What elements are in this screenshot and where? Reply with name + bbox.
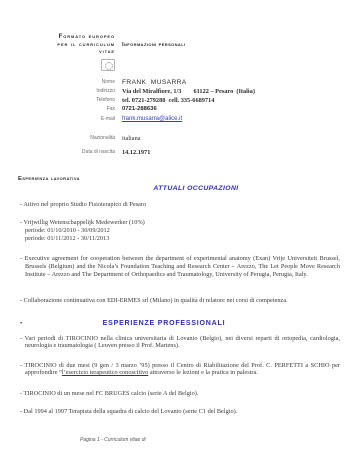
- paragraph-terapista-lovanio: - Dal 1994 al 1997 Terapista della squad…: [20, 408, 340, 416]
- cv-page: Formato europeo per il curriculum vitae …: [0, 0, 360, 466]
- photo-placeholder-circle: [105, 62, 113, 70]
- value-indirizzo-street: Via del Miralfiore, 1/3: [122, 87, 181, 96]
- email-link[interactable]: frank.musarra@alice.it: [122, 115, 340, 124]
- photo-row: [18, 58, 340, 76]
- value-nazionalita: italiana: [122, 134, 340, 143]
- paragraph-executive-agreement: - Executive agreement for cooperation be…: [20, 255, 340, 278]
- paragraph-collaborazione-edi-ermes: - Collaborazione continuativa con EDI-ER…: [20, 297, 340, 305]
- value-telefono: tel. 0721-279288 cell. 335-6689714: [122, 96, 340, 105]
- value-data-di-nascita: 14.12.1971: [122, 148, 340, 157]
- paragraph-tirocinio-bruges: - TIROCINIO di un mese nel FC BRUGES cal…: [20, 390, 340, 398]
- vrijwillig-line1: - Vrijwillig Wetenschappelijk Medewerker…: [20, 219, 145, 226]
- underlined-term: l’esercizio terapeutico conoscitivo: [62, 369, 148, 376]
- bullet-icon: •: [20, 320, 22, 327]
- footer-page-label: Pagina 1 - Curriculum vitae di: [80, 437, 340, 443]
- doc-title-line3: vitae: [18, 48, 115, 56]
- label-data-di-nascita: Data di nascita: [18, 148, 115, 157]
- doc-title: Formato europeo per il curriculum vitae: [18, 33, 115, 56]
- value-indirizzo: Via del Miralfiore, 1/3 61122 – Pesaro (…: [122, 87, 340, 96]
- paragraph-vrijwillig-medewerker: - Vrijwillig Wetenschappelijk Medewerker…: [20, 219, 340, 242]
- section-heading-esperienza-lavorativa: Esperienza lavorativa: [18, 176, 340, 183]
- photo-placeholder-icon: [101, 59, 115, 71]
- paragraph-tirocinio-schio: - TIROCINIO di due mesi (9 gen / 3 marzo…: [20, 362, 340, 378]
- section-heading-informazioni-personali: Informazioni personali: [122, 42, 340, 56]
- label-nome: Nome: [18, 78, 115, 87]
- label-fax: Fax: [18, 105, 115, 114]
- paragraph-studio-fisioterapico: - Attivo nel proprio Studio Fisioterapic…: [20, 201, 340, 209]
- value-indirizzo-city: 61122 – Pesaro (Italia): [193, 87, 254, 96]
- heading-esperienze-professionali: • ESPERIENZE PROFESSIONALI: [18, 320, 340, 327]
- vrijwillig-line3: periode: 01/11/2012 - 30/11/2013: [25, 235, 109, 242]
- label-telefono: Telefono: [18, 96, 115, 105]
- value-fax: 0721-288636: [122, 105, 340, 114]
- heading-attuali-occupazioni: ATTUALI OCCUPAZIONI: [18, 185, 340, 192]
- personal-info-section: Nome FRANK MUSARRA Indirizzo Via del Mir…: [18, 78, 340, 157]
- vrijwillig-line2: periode: 01/10/2010 - 30/09/2012: [25, 227, 110, 234]
- heading-esperienze-professionali-label: ESPERIENZE PROFESSIONALI: [103, 320, 226, 327]
- tirocinio-schio-suffix: attraverso le lezioni e la pratica in pa…: [148, 369, 258, 376]
- paragraph-tirocinio-lovanio: - Vari periodi di TIROCINIO nella clinic…: [20, 335, 340, 351]
- doc-title-line2: per il curriculum: [18, 41, 115, 49]
- label-nazionalita: Nazionalità: [18, 134, 115, 143]
- label-indirizzo: Indirizzo: [18, 87, 115, 96]
- header: Formato europeo per il curriculum vitae …: [18, 33, 340, 56]
- value-nome: FRANK MUSARRA: [122, 78, 340, 87]
- doc-title-line1: Formato europeo: [18, 33, 115, 41]
- label-email: E-mail: [18, 115, 115, 124]
